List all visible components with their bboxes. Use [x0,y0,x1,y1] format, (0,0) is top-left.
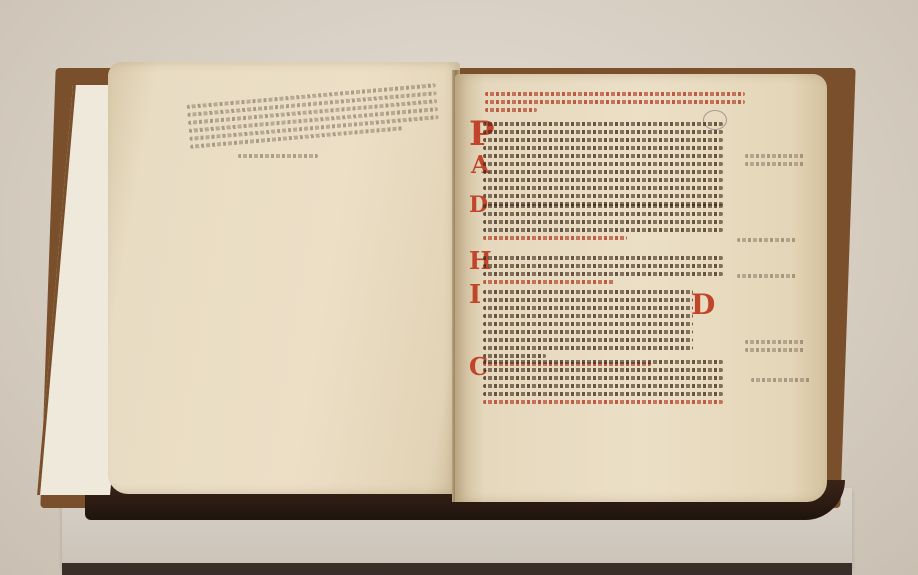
left-page-note [238,150,318,162]
left-page-text-block [186,79,440,153]
margin-note-4 [745,336,805,356]
margin-note-1 [745,150,805,170]
display-stand-edge [62,563,852,575]
initial-d-right: D [691,288,715,321]
text-paragraph-3 [483,252,723,288]
left-page [108,62,460,494]
margin-note-5 [751,374,811,386]
text-paragraph-1 [483,118,723,210]
text-paragraph-5 [483,356,723,408]
text-paragraph-2 [483,200,723,244]
margin-note-3 [737,270,797,282]
margin-note-2 [737,234,797,246]
initial-i: I [469,280,481,310]
right-page: P A D H I D C [455,74,827,502]
